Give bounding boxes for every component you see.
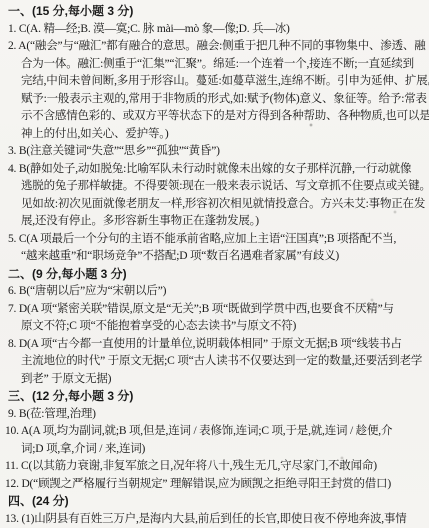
scanned-answer-sheet: 一、(15 分,每小题 3 分) 1. C(A. 精—经;B. 漠—寞;C. 脉… <box>0 0 429 528</box>
section-heading-4: 四、(24 分) <box>0 493 429 511</box>
answer-line-continuation: 逃脱的兔子那样敏捷。不得要领:现在一般来表示说话、写文章抓不住要点或关键。一 <box>0 178 429 196</box>
answer-line-q1: 1. C(A. 精—经;B. 漠—寞;C. 脉 mài—mò 象—像;D. 兵—… <box>0 21 429 39</box>
answer-line-continuation: 示不含感情色彩的、或双方平等状态下的是对方得到各种帮助、各种物质,也可以是精 <box>0 108 429 126</box>
answer-line-continuation: 完结,中间未曾间断,多用于形容山。蔓延:如蔓草滋生,连绵不断。引申为延伸、扩展。 <box>0 73 429 91</box>
answer-line-continuation: 见如故:初次见面就像老朋友一样,形容初次相见就情投意合。方兴未艾:事物正在发 <box>0 196 429 214</box>
section-heading-1: 一、(15 分,每小题 3 分) <box>0 3 429 21</box>
answer-line-q11: 11. C(以其筋力衰谢,非复军旅之日,况年将八十,残生无几,守尽家门,不敢闻命… <box>0 458 429 476</box>
answer-line-q13: 13. (1)山阴县有百姓三万户,是海内大县,前后到任的长官,即使日夜不停地奔波… <box>0 511 429 528</box>
answer-line-continuation: 到老” 于原文无据) <box>0 371 429 389</box>
answer-line-q5: 5. C(A 项最后一个分句的主语不能承前省略,应加上主语“汪国真”;B 项搭配… <box>0 231 429 249</box>
answer-line-q2: 2. A(“融会”与“融汇”都有融合的意思。融会:侧重于把几种不同的事物集中、渗… <box>0 38 429 56</box>
answer-line-continuation: 原文不符;C 项“不能抱着享受的心态去读书”与原文不符) <box>0 318 429 336</box>
answer-line-continuation: 展,还没有停止。多形容新生事物正在蓬勃发展。) <box>0 213 429 231</box>
answer-line-q9: 9. B(莅:管理,治理) <box>0 406 429 424</box>
answer-line-q6: 6. B(“唐朝以后”应为“宋朝以后”) <box>0 283 429 301</box>
answer-line-continuation: 合为一体。融汇:侧重于“汇集”“汇聚”。绵延:一个连着一个,接连不断;一直延续到 <box>0 56 429 74</box>
answer-line-q12: 12. D(“顾觊之严格履行当朝规定” 理解错误,应为顾觊之拒绝寻阳王封赏的借口… <box>0 476 429 494</box>
answer-line-continuation: 词;D 项,拿,介词 / 来,连词) <box>0 441 429 459</box>
answer-line-continuation: 神上的付出,如关心、爱护等。) <box>0 126 429 144</box>
section-heading-2: 二、(9 分,每小题 3 分) <box>0 266 429 284</box>
answer-line-continuation: 赋予:一般表示主观的,常用于非物质的形式,如:赋予(物体)意义、象征等。给予:常… <box>0 91 429 109</box>
answer-line-q10: 10. A(A 项,均为副词,就;B 项,但是,连词 / 表修饰,连词;C 项,… <box>0 423 429 441</box>
answer-line-continuation: 主流地位的时代” 于原文无据;C 项“古人读书不仅要达到一定的数量,还要活到老学 <box>0 353 429 371</box>
answer-line-q3: 3. B(注意关键词“失意”“思乡”“孤独”“黄昏”) <box>0 143 429 161</box>
answer-line-q7: 7. D(A 项“紧密关联”错误,原文是“无关”;B 项“既做到学贯中西,也要食… <box>0 301 429 319</box>
answer-line-continuation: “越来越重”和“职场竞争”不搭配;D 项“数百名遇难者家属”有歧义) <box>0 248 429 266</box>
section-heading-3: 三、(12 分,每小题 3 分) <box>0 388 429 406</box>
answer-line-q4: 4. B(静如处子,动如脱兔:比喻军队未行动时就像未出嫁的女子那样沉静,一行动就… <box>0 161 429 179</box>
answer-line-q8: 8. D(A 项“古今都一直使用的计量单位,说明载体相同” 于原文无据;B 项“… <box>0 336 429 354</box>
